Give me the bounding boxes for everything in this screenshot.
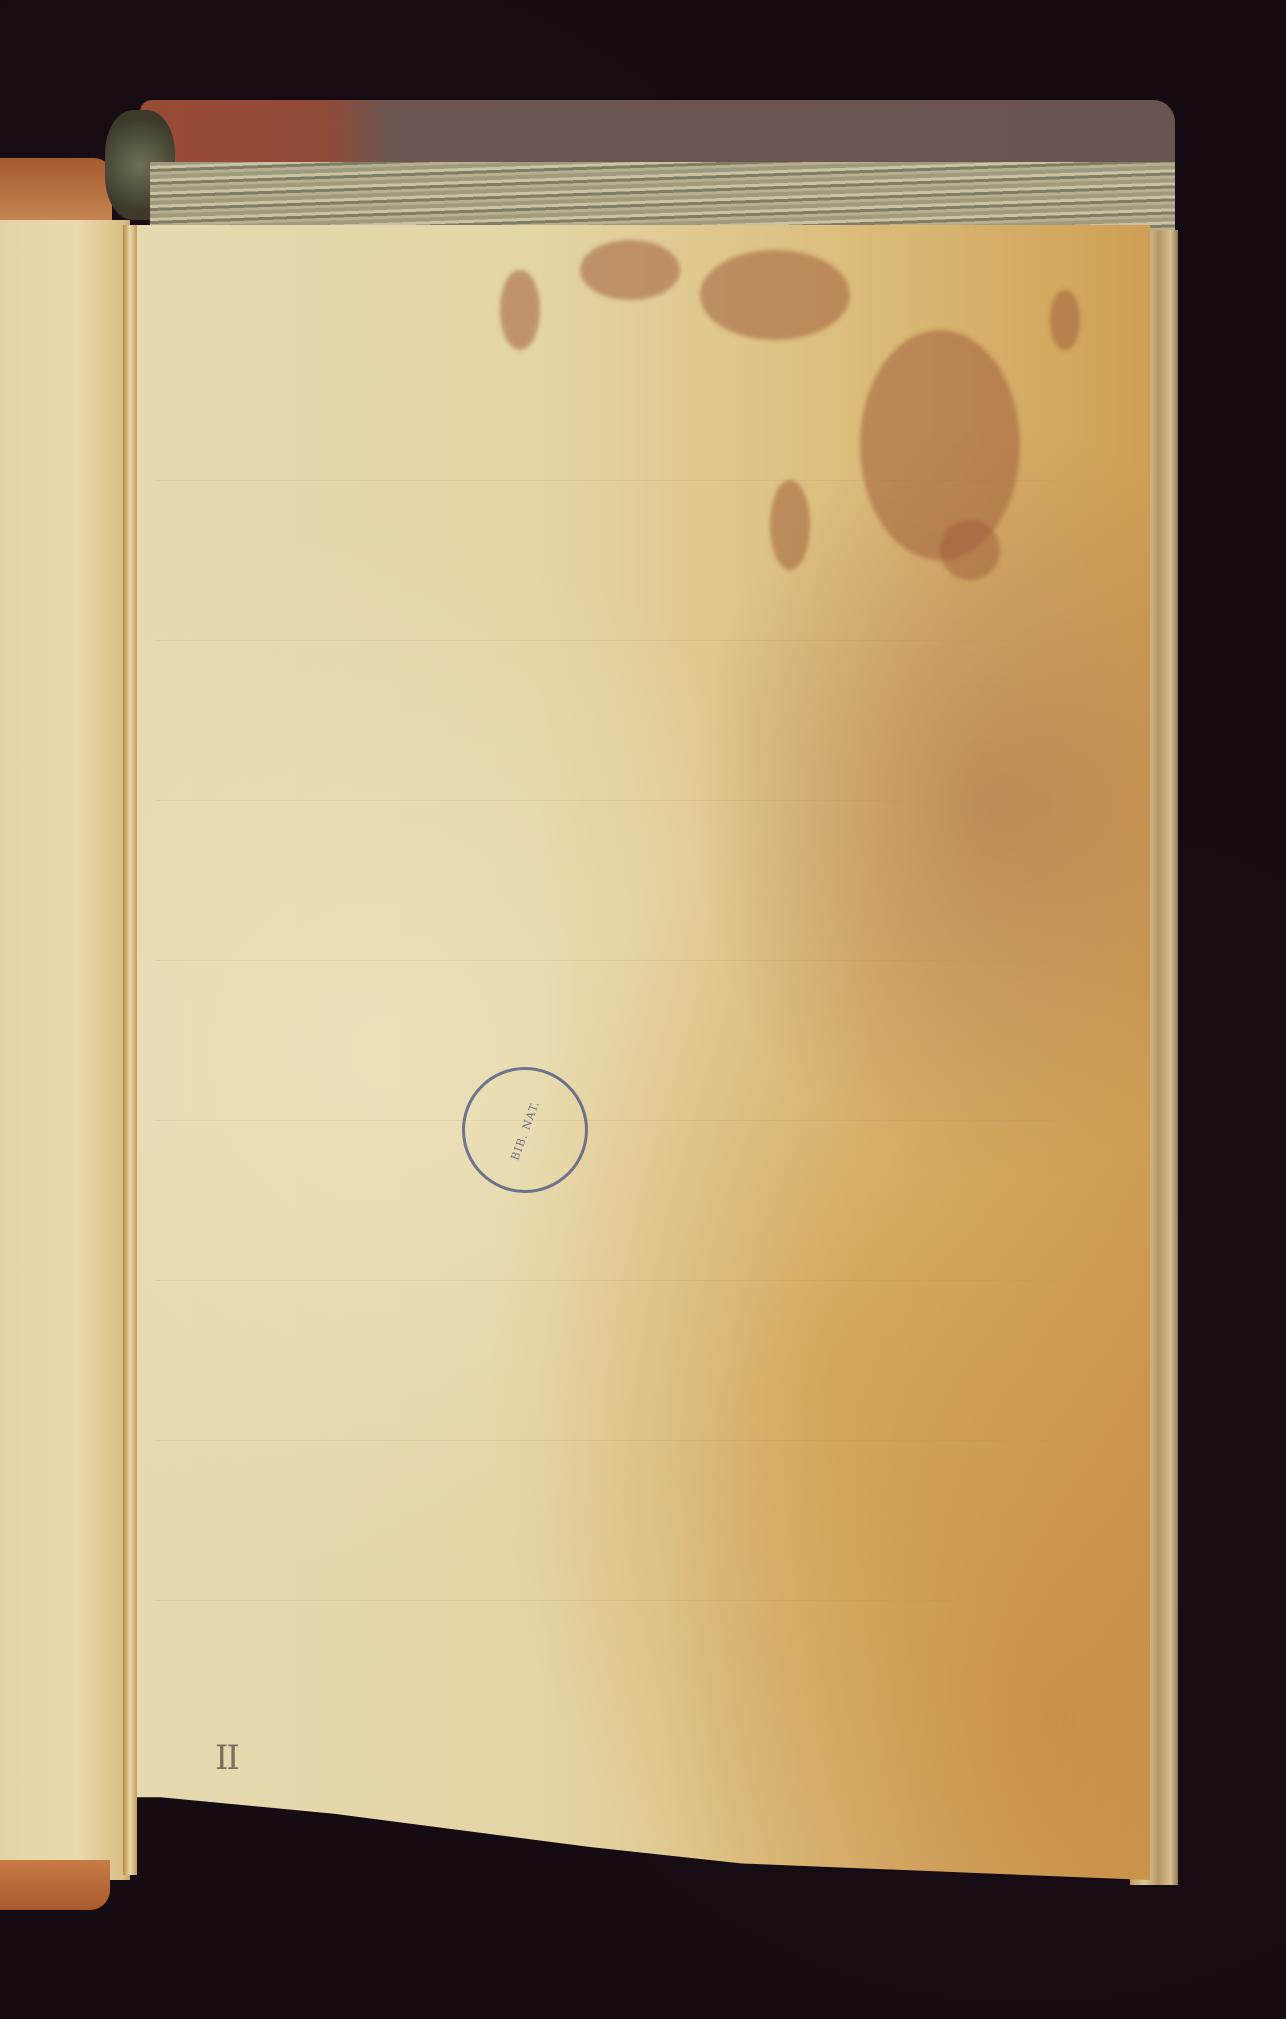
water-stain bbox=[940, 520, 1000, 580]
ruling-line bbox=[155, 800, 1055, 801]
ruling-line bbox=[155, 1600, 1055, 1601]
folio-mark: II bbox=[215, 1738, 238, 1778]
library-stamp: BIB. NAT. bbox=[462, 1067, 588, 1193]
ruling-line bbox=[155, 640, 1055, 641]
ruling-line bbox=[155, 1440, 1055, 1441]
book-spine-top bbox=[140, 100, 1175, 170]
left-cover-top bbox=[0, 158, 112, 228]
page-edges-top bbox=[150, 162, 1175, 234]
water-stain bbox=[700, 250, 850, 340]
ruling-line bbox=[155, 1120, 1055, 1121]
ruling-line bbox=[155, 960, 1055, 961]
water-stain bbox=[770, 480, 810, 570]
left-cover-bottom bbox=[0, 1860, 110, 1910]
water-stain bbox=[580, 240, 680, 300]
stamp-text: BIB. NAT. bbox=[508, 1098, 542, 1161]
left-page bbox=[0, 220, 130, 1880]
water-stain bbox=[1050, 290, 1080, 350]
gutter bbox=[123, 225, 137, 1875]
ruling-line bbox=[155, 1280, 1055, 1281]
water-stain bbox=[500, 270, 540, 350]
water-stain bbox=[860, 330, 1020, 560]
